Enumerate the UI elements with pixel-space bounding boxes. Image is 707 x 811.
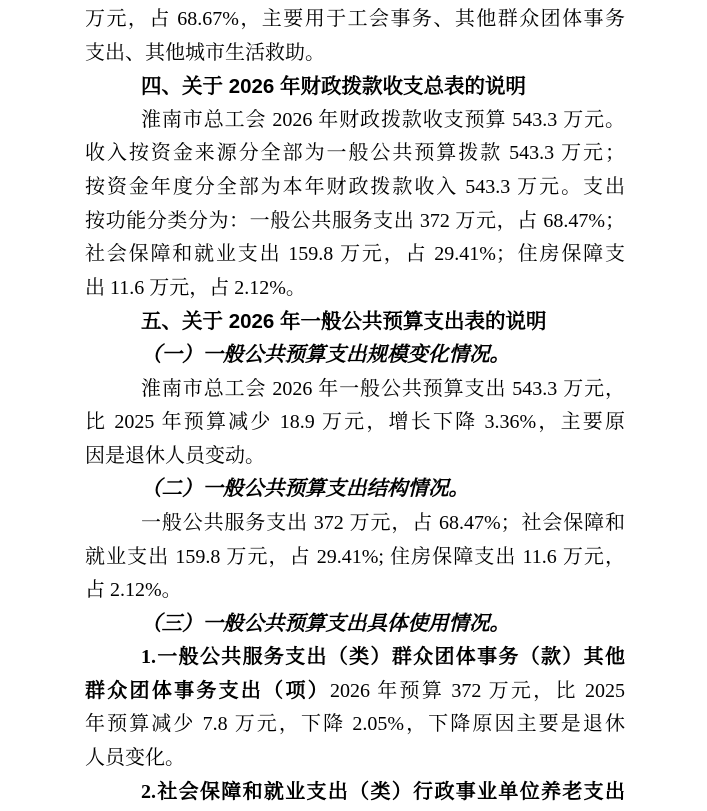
text-line: 群众团体事务支出（项）2026 年预算 372 万元，比 2025 bbox=[85, 675, 625, 709]
text-line: 淮南市总工会 2026 年财政拨款收支预算 543.3 万元。 bbox=[85, 104, 625, 138]
text-line: 万元，占 68.67%，主要用于工会事务、其他群众团体事务 bbox=[85, 3, 625, 37]
text-line: （二）一般公共预算支出结构情况。 bbox=[85, 473, 625, 507]
text-segment: （二）一般公共预算支出结构情况。 bbox=[141, 478, 469, 500]
text-segment: 万元，占 68.67%，主要用于工会事务、其他群众团体事务 bbox=[85, 8, 625, 30]
text-line: 淮南市总工会 2026 年一般公共预算支出 543.3 万元， bbox=[85, 373, 625, 407]
text-segment: 淮南市总工会 2026 年一般公共预算支出 543.3 万元， bbox=[141, 378, 625, 400]
text-segment: 人员变化。 bbox=[85, 747, 185, 769]
text-line: 占 2.12%。 bbox=[85, 574, 625, 608]
text-segment: 五、关于 2026 年一般公共预算支出表的说明 bbox=[141, 310, 547, 333]
text-line: 五、关于 2026 年一般公共预算支出表的说明 bbox=[85, 305, 625, 339]
text-line: （三）一般公共预算支出具体使用情况。 bbox=[85, 608, 625, 642]
text-segment: 占 2.12%。 bbox=[85, 579, 182, 601]
text-segment: 2026 年预算 372 万元，比 2025 bbox=[330, 680, 625, 702]
text-segment: 群众团体事务支出（项） bbox=[85, 680, 330, 702]
text-segment: 支出、其他城市生活救助。 bbox=[85, 42, 325, 64]
text-line: （一）一般公共预算支出规模变化情况。 bbox=[85, 339, 625, 373]
text-segment: （一）一般公共预算支出规模变化情况。 bbox=[141, 344, 510, 366]
text-segment: 按功能分类分为：一般公共服务支出 372 万元，占 68.47%； bbox=[85, 210, 625, 232]
document-page: 万元，占 68.67%，主要用于工会事务、其他群众团体事务支出、其他城市生活救助… bbox=[0, 0, 707, 811]
text-segment: 出 11.6 万元，占 2.12%。 bbox=[85, 277, 306, 299]
text-line: 比 2025 年预算减少 18.9 万元，增长下降 3.36%，主要原 bbox=[85, 406, 625, 440]
document-body: 万元，占 68.67%，主要用于工会事务、其他群众团体事务支出、其他城市生活救助… bbox=[0, 0, 707, 809]
text-line: 人员变化。 bbox=[85, 742, 625, 776]
text-line: 按资金年度分全部为本年财政拨款收入 543.3 万元。支出 bbox=[85, 171, 625, 205]
text-line: 就业支出 159.8 万元，占 29.41%; 住房保障支出 11.6 万元， bbox=[85, 541, 625, 575]
text-line: 四、关于 2026 年财政拨款收支总表的说明 bbox=[85, 70, 625, 104]
text-line: 支出、其他城市生活救助。 bbox=[85, 37, 625, 71]
text-line: 收入按资金来源分全部为一般公共预算拨款 543.3 万元； bbox=[85, 137, 625, 171]
text-line: 因是退休人员变动。 bbox=[85, 440, 625, 474]
text-line: 一般公共服务支出 372 万元，占 68.47%；社会保障和 bbox=[85, 507, 625, 541]
text-line: 按功能分类分为：一般公共服务支出 372 万元，占 68.47%； bbox=[85, 205, 625, 239]
text-segment: 因是退休人员变动。 bbox=[85, 445, 265, 467]
text-segment: 2.社会保障和就业支出（类）行政事业单位养老支出 bbox=[141, 781, 625, 803]
text-segment: 按资金年度分全部为本年财政拨款收入 543.3 万元。支出 bbox=[85, 176, 625, 198]
text-segment: 淮南市总工会 2026 年财政拨款收支预算 543.3 万元。 bbox=[141, 109, 625, 131]
text-line: 2.社会保障和就业支出（类）行政事业单位养老支出 bbox=[85, 776, 625, 810]
text-segment: 比 2025 年预算减少 18.9 万元，增长下降 3.36%，主要原 bbox=[85, 411, 625, 433]
text-line: 年预算减少 7.8 万元，下降 2.05%，下降原因主要是退休 bbox=[85, 708, 625, 742]
text-segment: （三）一般公共预算支出具体使用情况。 bbox=[141, 613, 510, 635]
text-line: 1.一般公共服务支出（类）群众团体事务（款）其他 bbox=[85, 641, 625, 675]
text-segment: 年预算减少 7.8 万元，下降 2.05%，下降原因主要是退休 bbox=[85, 713, 625, 735]
text-segment: 收入按资金来源分全部为一般公共预算拨款 543.3 万元； bbox=[85, 142, 625, 164]
text-line: 社会保障和就业支出 159.8 万元，占 29.41%；住房保障支 bbox=[85, 238, 625, 272]
text-segment: 社会保障和就业支出 159.8 万元，占 29.41%；住房保障支 bbox=[85, 243, 625, 265]
text-segment: 一般公共服务支出 372 万元，占 68.47%；社会保障和 bbox=[141, 512, 625, 534]
text-line: 出 11.6 万元，占 2.12%。 bbox=[85, 272, 625, 306]
text-segment: 四、关于 2026 年财政拨款收支总表的说明 bbox=[141, 75, 526, 98]
text-segment: 1.一般公共服务支出（类）群众团体事务（款）其他 bbox=[141, 646, 625, 668]
text-segment: 就业支出 159.8 万元，占 29.41%; 住房保障支出 11.6 万元， bbox=[85, 546, 625, 568]
